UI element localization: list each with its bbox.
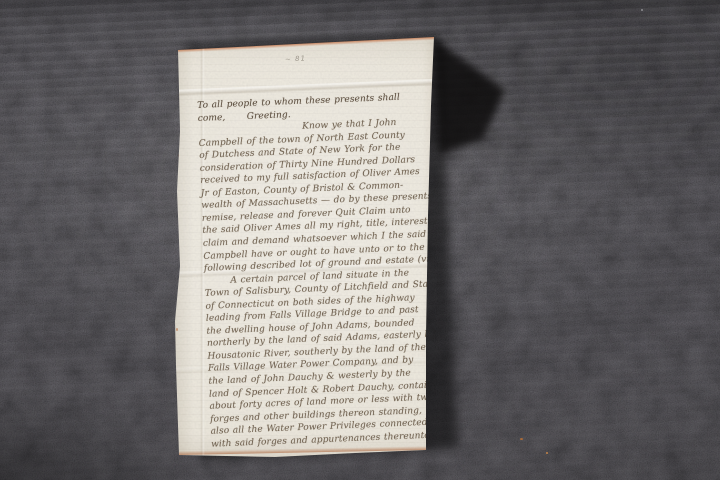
paper-corner-shadow [425, 28, 520, 168]
paper-edge-foxing [176, 328, 178, 331]
carpet-lint-fleck [641, 9, 643, 11]
manuscript-lines: To all people to whom these presents sha… [197, 90, 449, 451]
manuscript-paper: ~ 81 To all people to whom these present… [175, 36, 441, 463]
pencil-notation: ~ 81 [285, 55, 306, 64]
carpet-debris-speck [546, 452, 548, 454]
carpet-debris-speck [520, 438, 523, 440]
photo-scene: ~ 81 To all people to whom these present… [0, 0, 720, 480]
